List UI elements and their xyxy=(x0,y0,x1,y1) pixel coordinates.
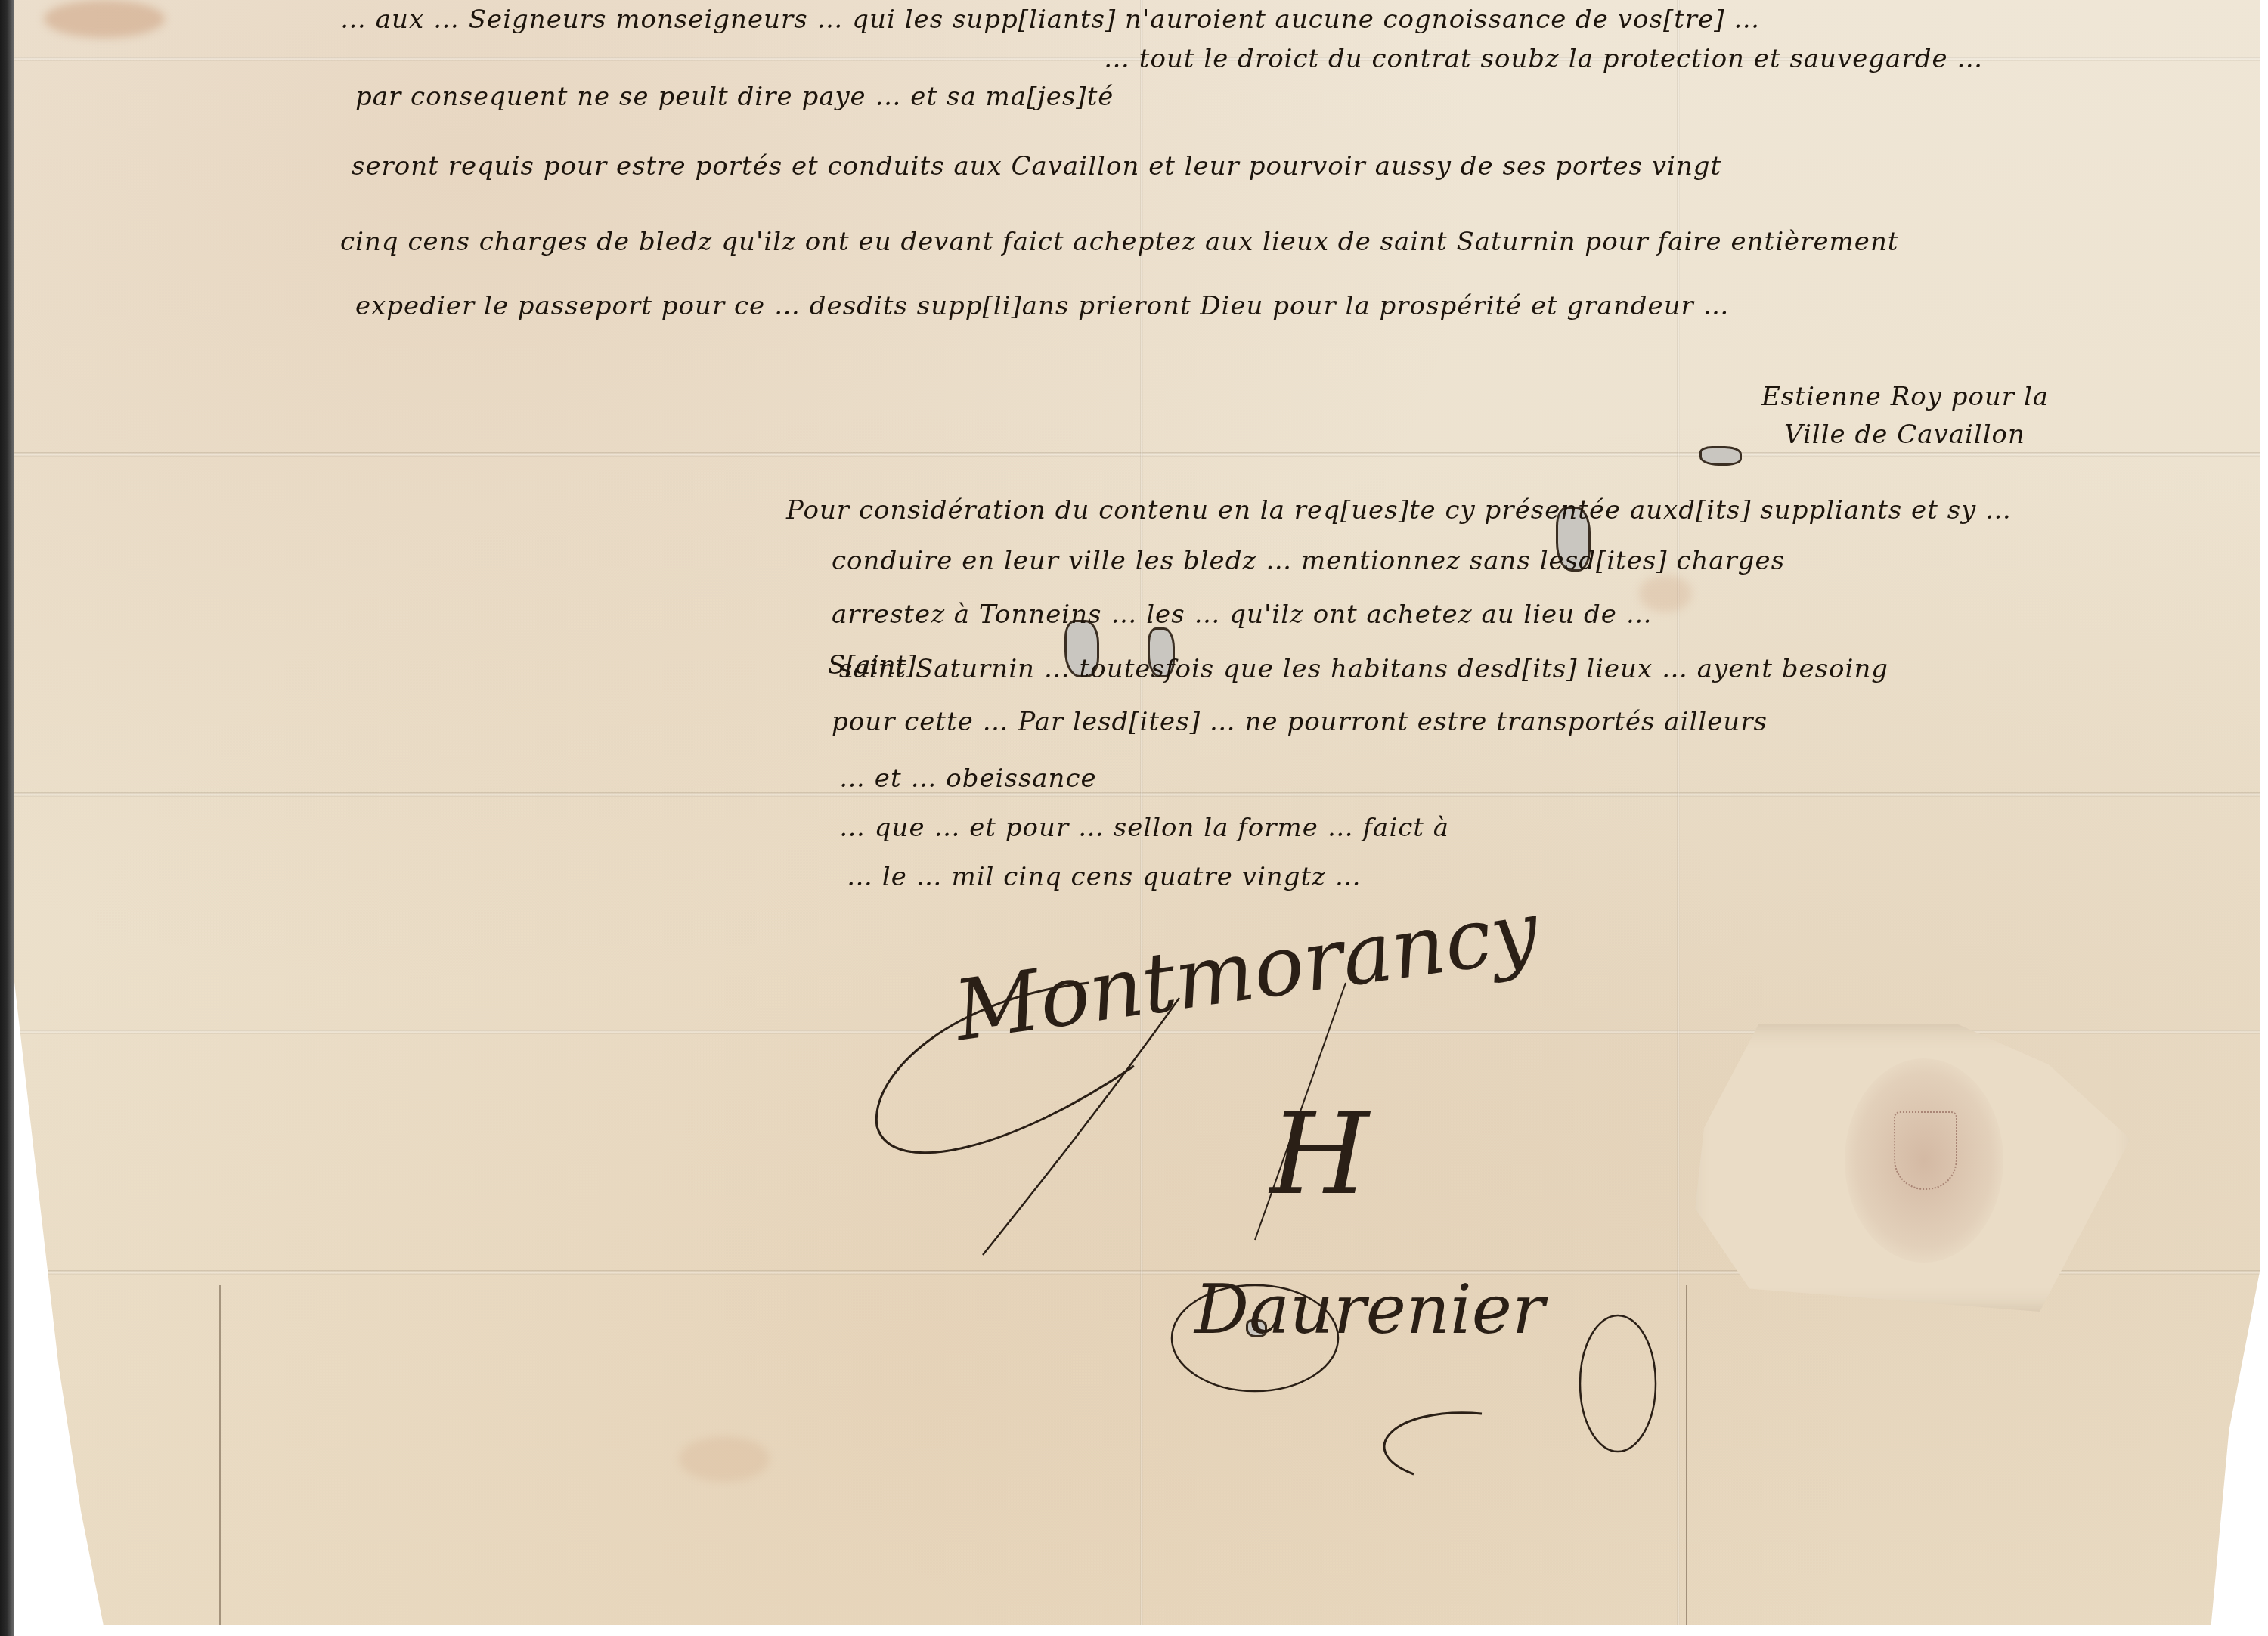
decree-line: saint Saturnin … toutesfois que les habi… xyxy=(839,654,1888,684)
petition-line: cinq cens charges de bledz qu'ilz ont eu… xyxy=(340,227,1898,257)
stain xyxy=(679,1436,770,1482)
fold-line xyxy=(14,792,2260,797)
secretary-flourish-icon xyxy=(1164,1270,1693,1497)
margin-rule xyxy=(1686,1285,1687,1625)
seal-shield-icon xyxy=(1894,1111,1957,1190)
petition-line: par consequent ne se peult dire paye … e… xyxy=(355,82,1114,112)
margin-rule xyxy=(219,1285,221,1625)
paper-damage xyxy=(1699,446,1742,466)
petition-line: … aux … Seigneurs monseigneurs … qui les… xyxy=(340,5,1760,35)
subscription-line: Ville de Cavaillon xyxy=(1784,420,2025,450)
scanner-edge xyxy=(0,0,14,1636)
margin-note: S[aint] xyxy=(828,650,916,680)
decree-line: conduire en leur ville les bledz … menti… xyxy=(832,546,1785,576)
fold-line xyxy=(14,452,2260,457)
decree-line: arrestez à Tonneins … les … qu'ilz ont a… xyxy=(832,600,1653,630)
signature-paraph: H xyxy=(1270,1089,1369,1220)
stain xyxy=(44,0,165,38)
petition-line: seront requis pour estre portés et condu… xyxy=(352,151,1721,181)
subscription-line: Estienne Roy pour la xyxy=(1761,382,2049,412)
petition-line: … tout le droict du contrat soubz la pro… xyxy=(1104,44,1983,74)
decree-line: … le … mil cinq cens quatre vingtz … xyxy=(847,862,1362,892)
petition-line: expedier le passeport pour ce … desdits … xyxy=(355,291,1730,321)
decree-line: … que … et pour … sellon la forme … faic… xyxy=(839,813,1449,843)
decree-line: pour cette … Par lesd[ites] … ne pourron… xyxy=(832,707,1768,737)
decree-line: Pour considération du contenu en la req[… xyxy=(786,495,2012,525)
decree-line: … et … obeissance xyxy=(839,764,1097,794)
